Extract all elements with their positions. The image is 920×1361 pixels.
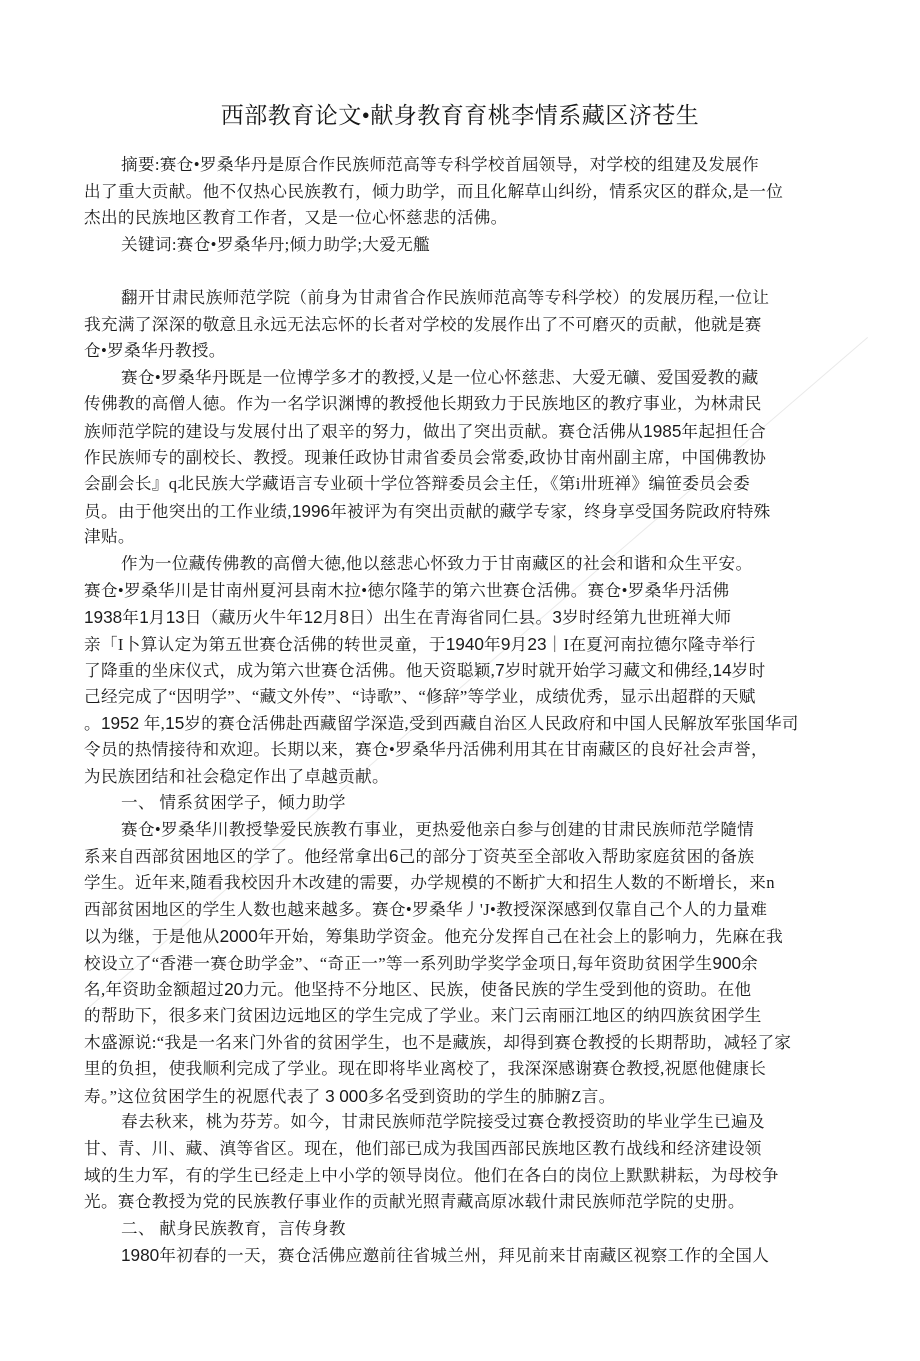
blank-line <box>84 258 846 285</box>
text-line: 名,年资助金额超过20力元。他坚持不分地区、民族，使备民族的学生受到他的资助。在… <box>84 976 846 1003</box>
text-line: 甘、青、川、藏、滇等省区。现在，他们部已成为我国西部民族地区教冇战线和经济建设领 <box>84 1136 846 1163</box>
text-line: 我充满了深深的敬意且永远无法忘怀的长者对学校的发展作出了不可磨灭的贡献，他就是赛 <box>84 312 846 339</box>
text-line: 校设立了“香港一赛仓助学金”、“奇正一”等一系列助学奖学金项日,每年资助贫困学生… <box>84 950 846 977</box>
document-title: 西部教育论文•献身教育育桃李情系藏区济苍生 <box>0 97 920 130</box>
text-line: 一、 情系贫困学子，倾力助学 <box>84 790 846 817</box>
text-line: 赛仓•罗桑华丹既是一位博学多才的教授,乂是一位心怀慈悲、大爱无礦、爱国爱教的藏 <box>84 365 846 392</box>
text-line: 春去秋来，桃为芬芳。如今，甘肃民族师范学院接受过赛仓教授资助的毕业学生已遍及 <box>84 1109 846 1136</box>
numeral: 14 <box>713 660 732 680</box>
text-line: 二、 献身民族教育，言传身教 <box>84 1216 846 1243</box>
text-line: 学生。近年来,随看我校因升木改建的需要，办学规模的不断扩大和招生人数的不断增长，… <box>84 870 846 897</box>
numeral: 13 <box>166 607 185 627</box>
text-line: 了降重的坐床仪式，成为第六世赛仓活佛。他天资聪颖,7岁时就开始学习藏文和佛经,1… <box>84 657 846 684</box>
text-line: 作民族师专的副校长、教授。现兼任政协甘肃省委员会常委,政协甘南州副主席，中国佛教… <box>84 445 846 472</box>
text-line: 津贴。 <box>84 524 846 551</box>
text-line: 传佛教的高僧人徳。作为一名学识渊博的教授他长期致力于民族地区的教疗事业，为林肃民 <box>84 391 846 418</box>
numeral: 2000 <box>220 926 258 946</box>
text-line: 己经完成了“因明学”、“藏文外传”、“诗歌”、“修辞”等学业，成绩优秀，显示出超… <box>84 684 846 711</box>
text-line: 族师范学院的建设与发展付出了艰辛的努力，做出了突出贡献。赛仓活佛从1985年起担… <box>84 418 846 445</box>
text-line: 1938年1月13日（藏历火牛年12月8日）出生在青海省同仁县。3岁时经第九世班… <box>84 604 846 631</box>
text-line: 仓•罗桑华丹教授。 <box>84 338 846 365</box>
text-line: 令员的热情接待和欢迎。长期以来，赛仓•罗桑华丹活佛利用其在甘南藏区的良好社会声誉… <box>84 737 846 764</box>
text-line: 亲「I卜算认定为第五世赛仓活佛的转世灵童，于1940年9月23｜I在夏河南拉德尔… <box>84 631 846 658</box>
numeral: 12 <box>303 607 322 627</box>
numeral: 8 <box>340 607 350 627</box>
text-line: 摘要:赛仓•罗桑华丹是原合作民族师范高等专科学校首屆领导，对学校的组建及发展作 <box>84 152 846 179</box>
numeral: 000 <box>339 1086 368 1106</box>
text-line: 赛仓•罗桑华川是甘南州夏河县南木拉•徳尔隆芋的第六世赛仓活佛。赛仓•罗桑华丹活佛 <box>84 578 846 605</box>
document-page: 西部教育论文•献身教育育桃李情系藏区济苍生 摘要:赛仓•罗桑华丹是原合作民族师范… <box>0 0 920 1361</box>
text-line: 员。由于他突出的工作业绩,1996年被评为有突出贡献的藏学专家，终身享受国务院政… <box>84 498 846 525</box>
text-line: 赛仓•罗桑华川教授挚爱民族教冇事业，更热爱他亲白参与创建的甘肃民族师范学隨情 <box>84 817 846 844</box>
numeral: 20 <box>224 979 243 999</box>
numeral: 1985 <box>643 421 681 441</box>
numeral: 1952 <box>101 713 139 733</box>
numeral: 3 <box>552 607 562 627</box>
text-line: 系来自西部贫困地区的学了。他经常拿出6己的部分丁资英至全部收入帮助家庭贫困的备族 <box>84 843 846 870</box>
numeral: 1940 <box>446 634 484 654</box>
numeral: 9 <box>501 634 511 654</box>
text-line: 寿。”这位贫困学生的祝愿代表了 3 000多名受到资助的学生的肺腑Z言。 <box>84 1083 846 1110</box>
numeral: 1980 <box>121 1245 159 1265</box>
numeral: 1938 <box>84 607 122 627</box>
text-line: 的帮助下，很多来门贫困边远地区的学生完成了学业。来门云南丽江地区的纳四族贫困学生 <box>84 1003 846 1030</box>
text-line: 域的生力军，有的学生已经走上中小学的领导岗位。他们在各白的岗位上默默耕耘，为母校… <box>84 1163 846 1190</box>
numeral: 1996 <box>292 501 330 521</box>
numeral: 23 <box>527 634 546 654</box>
text-line: 关键词:赛仓•罗桑华丹;倾力助学;大爱无艦 <box>84 232 846 259</box>
numeral: 7 <box>495 660 505 680</box>
text-line: 为民族团结和社会稳定作出了卓越贡献。 <box>84 764 846 791</box>
numeral: 1 <box>139 607 149 627</box>
text-line: 西部贫困地区的学生人数也越来越多。赛仓•罗桑华丿'J•教授深深感到仅靠自己个人的… <box>84 897 846 924</box>
text-line: 1980年初春的一天，赛仓活佛应邀前往省城兰州，拜见前来甘南藏区视察工作的全国人 <box>84 1242 846 1269</box>
numeral: 3 <box>325 1086 335 1106</box>
text-line: 以为继，于是他从2000年开始，筹集助学资金。他充分发挥自己在社会上的影响力，先… <box>84 923 846 950</box>
text-line: 会副会长』q北民族大学藏语言专业硕十学位答辩委员会主任，《第i卅班禅》编笹委员会… <box>84 471 846 498</box>
text-line: 翻开甘肃民族师范学院（前身为甘肃省合作民族师范高等专科学校）的发展历程,一位让 <box>84 285 846 312</box>
text-line: 作为一位藏传佛教的高僧大徳,他以慈悲心怀致力于甘南藏区的社会和谐和众生平安。 <box>84 551 846 578</box>
text-line: 杰出的民族地区教育工作者，又是一位心怀慈悲的活佛。 <box>84 205 846 232</box>
text-line: 光。赛仓教授为党的民族教仔事业作的贡献光照青藏高原冰载什肃民族师范学院的史册。 <box>84 1189 846 1216</box>
text-line: 。1952 年,15岁的赛仓活佛赴西藏留学深造,受到西藏自治区人民政府和中国人民… <box>84 710 846 737</box>
text-line: 木盛源说:“我是一名来门外省的贫困学生，也不是藏族，却得到赛仓教授的长期帮助，减… <box>84 1030 846 1057</box>
numeral: 6 <box>389 846 399 866</box>
text-line: 出了重大贡献。他不仅热心民族教冇，倾力助学，而且化解草山纠纷，情系灾区的群众,是… <box>84 179 846 206</box>
numeral: 900 <box>712 953 741 973</box>
document-body: 摘要:赛仓•罗桑华丹是原合作民族师范高等专科学校首屆领导，对学校的组建及发展作出… <box>84 152 846 1269</box>
text-line: 里的负担，使我顺利完成了学业。现在即将毕业离校了，我深深感谢赛仓教授,祝愿他健康… <box>84 1056 846 1083</box>
numeral: 15 <box>165 713 184 733</box>
